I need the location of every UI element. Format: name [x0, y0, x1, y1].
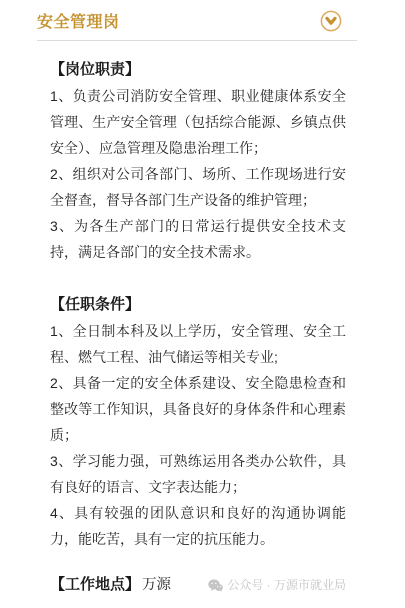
paragraph-line: 2、具备一定的安全体系建设、安全隐患检查和: [50, 370, 346, 396]
section-qualifications: 【任职条件】 1、全日制本科及以上学历，安全管理、安全工 程、燃气工程、油气储运…: [50, 292, 346, 552]
footer-row: 【工作地点】 万源 公众号 · 万源市就业局: [50, 572, 346, 598]
collapse-toggle-button[interactable]: [320, 10, 342, 32]
paragraph-line: 3、学习能力强，可熟练运用各类办公软件，具: [50, 448, 346, 474]
page-title: 安全管理岗: [37, 9, 120, 32]
paragraph: 2、组织对公司各部门、场所、工作现场进行安 全督查，督导各部门生产设备的维护管理…: [50, 161, 346, 213]
paragraph: 1、负责公司消防安全管理、职业健康体系安全 管理、生产安全管理（包括综合能源、乡…: [50, 83, 346, 161]
paragraph-line: 安全）、应急管理及隐患治理工作；: [50, 135, 346, 161]
job-description: 【岗位职责】 1、负责公司消防安全管理、职业健康体系安全 管理、生产安全管理（包…: [50, 41, 346, 552]
paragraph: 3、为各生产部门的日常运行提供安全技术支 持，满足各部门的安全技术需求。: [50, 213, 346, 265]
paragraph-line: 程、燃气工程、油气储运等相关专业;: [50, 344, 346, 370]
paragraph-line: 整改等工作知识，具备良好的身体条件和心理素: [50, 396, 346, 422]
wechat-icon: [208, 579, 223, 592]
paragraph-line: 管理、生产安全管理（包括综合能源、乡镇点供: [50, 109, 346, 135]
paragraph-line: 4、具有较强的团队意识和良好的沟通协调能: [50, 500, 346, 526]
paragraph-line: 有良好的语言、文字表达能力；: [50, 474, 346, 500]
paragraph-line: 1、负责公司消防安全管理、职业健康体系安全: [50, 83, 346, 109]
section-heading: 【岗位职责】: [50, 57, 346, 83]
paragraph-line: 全督查，督导各部门生产设备的维护管理；: [50, 187, 346, 213]
paragraph-line: 持，满足各部门的安全技术需求。: [50, 239, 346, 265]
watermark-label: 公众号 · 万源市就业局: [227, 572, 346, 598]
paragraph-line: 质；: [50, 422, 346, 448]
paragraph-line: 力，能吃苦，具有一定的抗压能力。: [50, 526, 346, 552]
paragraph: 3、学习能力强，可熟练运用各类办公软件，具 有良好的语言、文字表达能力；: [50, 448, 346, 500]
section-responsibilities: 【岗位职责】 1、负责公司消防安全管理、职业健康体系安全 管理、生产安全管理（包…: [50, 57, 346, 265]
location-heading: 【工作地点】: [50, 572, 140, 598]
paragraph: 2、具备一定的安全体系建设、安全隐患检查和 整改等工作知识，具备良好的身体条件和…: [50, 370, 346, 448]
wechat-watermark: 公众号 · 万源市就业局: [208, 572, 346, 598]
chevron-down-icon: [320, 10, 342, 32]
paragraph-line: 3、为各生产部门的日常运行提供安全技术支: [50, 213, 346, 239]
location-value: 万源: [142, 572, 171, 598]
paragraph: 1、全日制本科及以上学历，安全管理、安全工 程、燃气工程、油气储运等相关专业;: [50, 318, 346, 370]
paragraph-line: 2、组织对公司各部门、场所、工作现场进行安: [50, 161, 346, 187]
job-posting-page: 安全管理岗 【岗位职责】 1、负责公司消防安全管理、职业健康体系安全 管理、生产…: [0, 0, 405, 608]
work-location: 【工作地点】 万源: [50, 572, 171, 598]
paragraph-line: 1、全日制本科及以上学历，安全管理、安全工: [50, 318, 346, 344]
section-heading: 【任职条件】: [50, 292, 346, 318]
section-header: 安全管理岗: [0, 0, 405, 40]
paragraph: 4、具有较强的团队意识和良好的沟通协调能 力，能吃苦，具有一定的抗压能力。: [50, 500, 346, 552]
